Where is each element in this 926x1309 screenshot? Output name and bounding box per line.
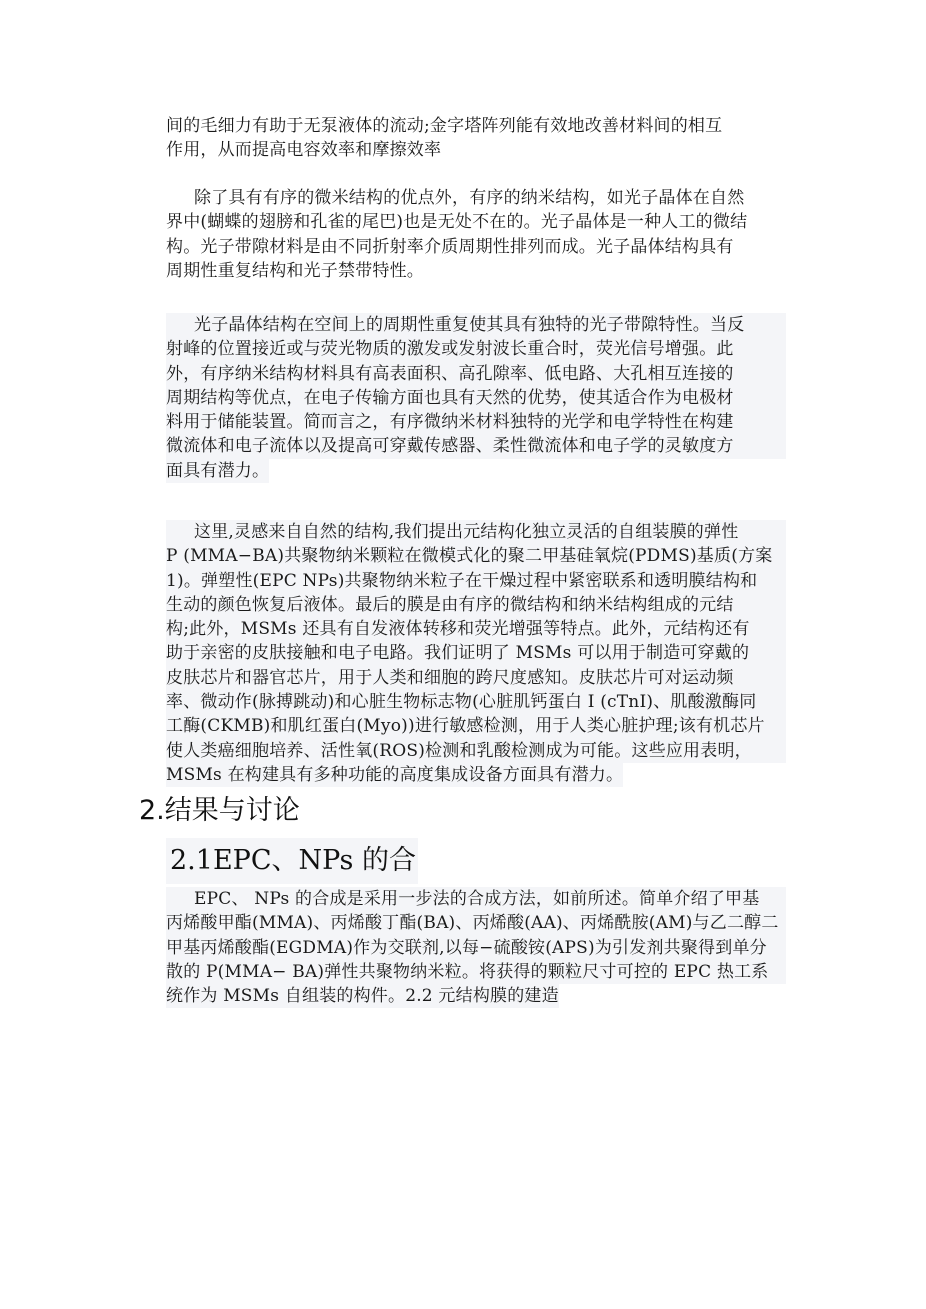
heading-number: 2. xyxy=(139,795,165,826)
heading-text: 结果与讨论 xyxy=(165,795,300,826)
text-line: 1)。弹塑性(EPC NPs)共聚物纳米粒子在干燥过程中紧密联系和透明膜结构和 xyxy=(166,569,786,593)
text-line: 丙烯酸甲酯(MMA)、丙烯酸丁酯(BA)、丙烯酸(AA)、丙烯酰胺(AM)与乙二… xyxy=(166,911,786,935)
text-line: 周期性重复结构和光子禁带特性。 xyxy=(166,259,786,283)
text-line: 助于亲密的皮肤接触和电子电路。我们证明了 MSMs 可以用于制造可穿戴的 xyxy=(166,641,786,665)
text-line: 微流体和电子流体以及提高可穿戴传感器、柔性微流体和电子学的灵敏度方 xyxy=(166,434,786,458)
text-line: MSMs 在构建具有多种功能的高度集成设备方面具有潜力。 xyxy=(166,763,623,787)
paragraph-msms-proposal: 这里,灵感来自自然的结构,我们提出元结构化独立灵活的自组装膜的弹性 P (MMA… xyxy=(166,520,786,787)
text-line: 料用于储能装置。简而言之，有序微纳米材料独特的光学和电学特性在构建 xyxy=(166,410,786,434)
text-line: 使人类癌细胞培养、活性氧(ROS)检测和乳酸检测成为可能。这些应用表明， xyxy=(166,739,786,763)
text-line: 这里,灵感来自自然的结构,我们提出元结构化独立灵活的自组装膜的弹性 xyxy=(166,520,786,544)
text-line: 生动的颜色恢复后液体。最后的膜是由有序的微结构和纳米结构组成的元结 xyxy=(166,593,786,617)
text-line: 除了具有有序的微米结构的优点外，有序的纳米结构，如光子晶体在自然 xyxy=(166,186,786,210)
text-line: 散的 P(MMA− BA)弹性共聚物纳米粒。将获得的颗粒尺寸可控的 EPC 热工… xyxy=(166,960,786,984)
text-line: 甲基丙烯酸酯(EGDMA)作为交联剂,以每−硫酸铵(APS)为引发剂共聚得到单分 xyxy=(166,936,786,960)
text-line: 统作为 MSMs 自组装的构件。2.2 元结构膜的建造 xyxy=(166,984,559,1008)
text-line: EPC、 NPs 的合成是采用一步法的合成方法，如前所述。简单介绍了甲基 xyxy=(166,887,786,911)
paragraph-capillary: 间的毛细力有助于无泵液体的流动;金字塔阵列能有效地改善材料间的相互 作用，从而提… xyxy=(166,114,786,163)
text-line: P (MMA−BA)共聚物纳米颗粒在微模式化的聚二甲基硅氧烷(PDMS)基质(方… xyxy=(166,544,786,568)
text-line: 率、微动作(脉搏跳动)和心脏生物标志物(心脏肌钙蛋白 I (cTnI)、肌酸激酶… xyxy=(166,690,786,714)
text-line: 周期结构等优点，在电子传输方面也具有天然的优势，使其适合作为电极材 xyxy=(166,386,786,410)
text-line: 作用，从而提高电容效率和摩擦效率 xyxy=(166,138,786,162)
text-line: 界中(蝴蝶的翅膀和孔雀的尾巴)也是无处不在的。光子晶体是一种人工的微结 xyxy=(166,210,786,234)
paragraph-photonic-bandgap: 光子晶体结构在空间上的周期性重复使其具有独特的光子带隙特性。当反 射峰的位置接近… xyxy=(166,313,786,483)
section-heading-results: 2.结果与讨论 xyxy=(139,793,300,829)
paragraph-epc-synthesis: EPC、 NPs 的合成是采用一步法的合成方法，如前所述。简单介绍了甲基 丙烯酸… xyxy=(166,887,786,1008)
text-line: 工酶(CKMB)和肌红蛋白(Myo))进行敏感检测，用于人类心脏护理;该有机芯片 xyxy=(166,714,786,738)
text-line: 光子晶体结构在空间上的周期性重复使其具有独特的光子带隙特性。当反 xyxy=(166,313,786,337)
text-line: 构。光子带隙材料是由不同折射率介质周期性排列而成。光子晶体结构具有 xyxy=(166,235,786,259)
paragraph-photonic-crystal-intro: 除了具有有序的微米结构的优点外，有序的纳米结构，如光子晶体在自然 界中(蝴蝶的翅… xyxy=(166,186,786,283)
text-line: 皮肤芯片和器官芯片，用于人类和细胞的跨尺度感知。皮肤芯片可对运动频 xyxy=(166,666,786,690)
text-line: 外，有序纳米结构材料具有高表面积、高孔隙率、低电路、大孔相互连接的 xyxy=(166,362,786,386)
subsection-heading-epc-synthesis: 2.1EPC、NPs 的合成 xyxy=(166,838,418,884)
text-line: 间的毛细力有助于无泵液体的流动;金字塔阵列能有效地改善材料间的相互 xyxy=(166,114,786,138)
text-line: 射峰的位置接近或与荧光物质的激发或发射波长重合时，荧光信号增强。此 xyxy=(166,337,786,361)
text-line: 面具有潜力。 xyxy=(166,459,269,483)
document-page: 间的毛细力有助于无泵液体的流动;金字塔阵列能有效地改善材料间的相互 作用，从而提… xyxy=(0,0,926,1309)
text-line: 构;此外，MSMs 还具有自发液体转移和荧光增强等特点。此外，元结构还有 xyxy=(166,617,786,641)
